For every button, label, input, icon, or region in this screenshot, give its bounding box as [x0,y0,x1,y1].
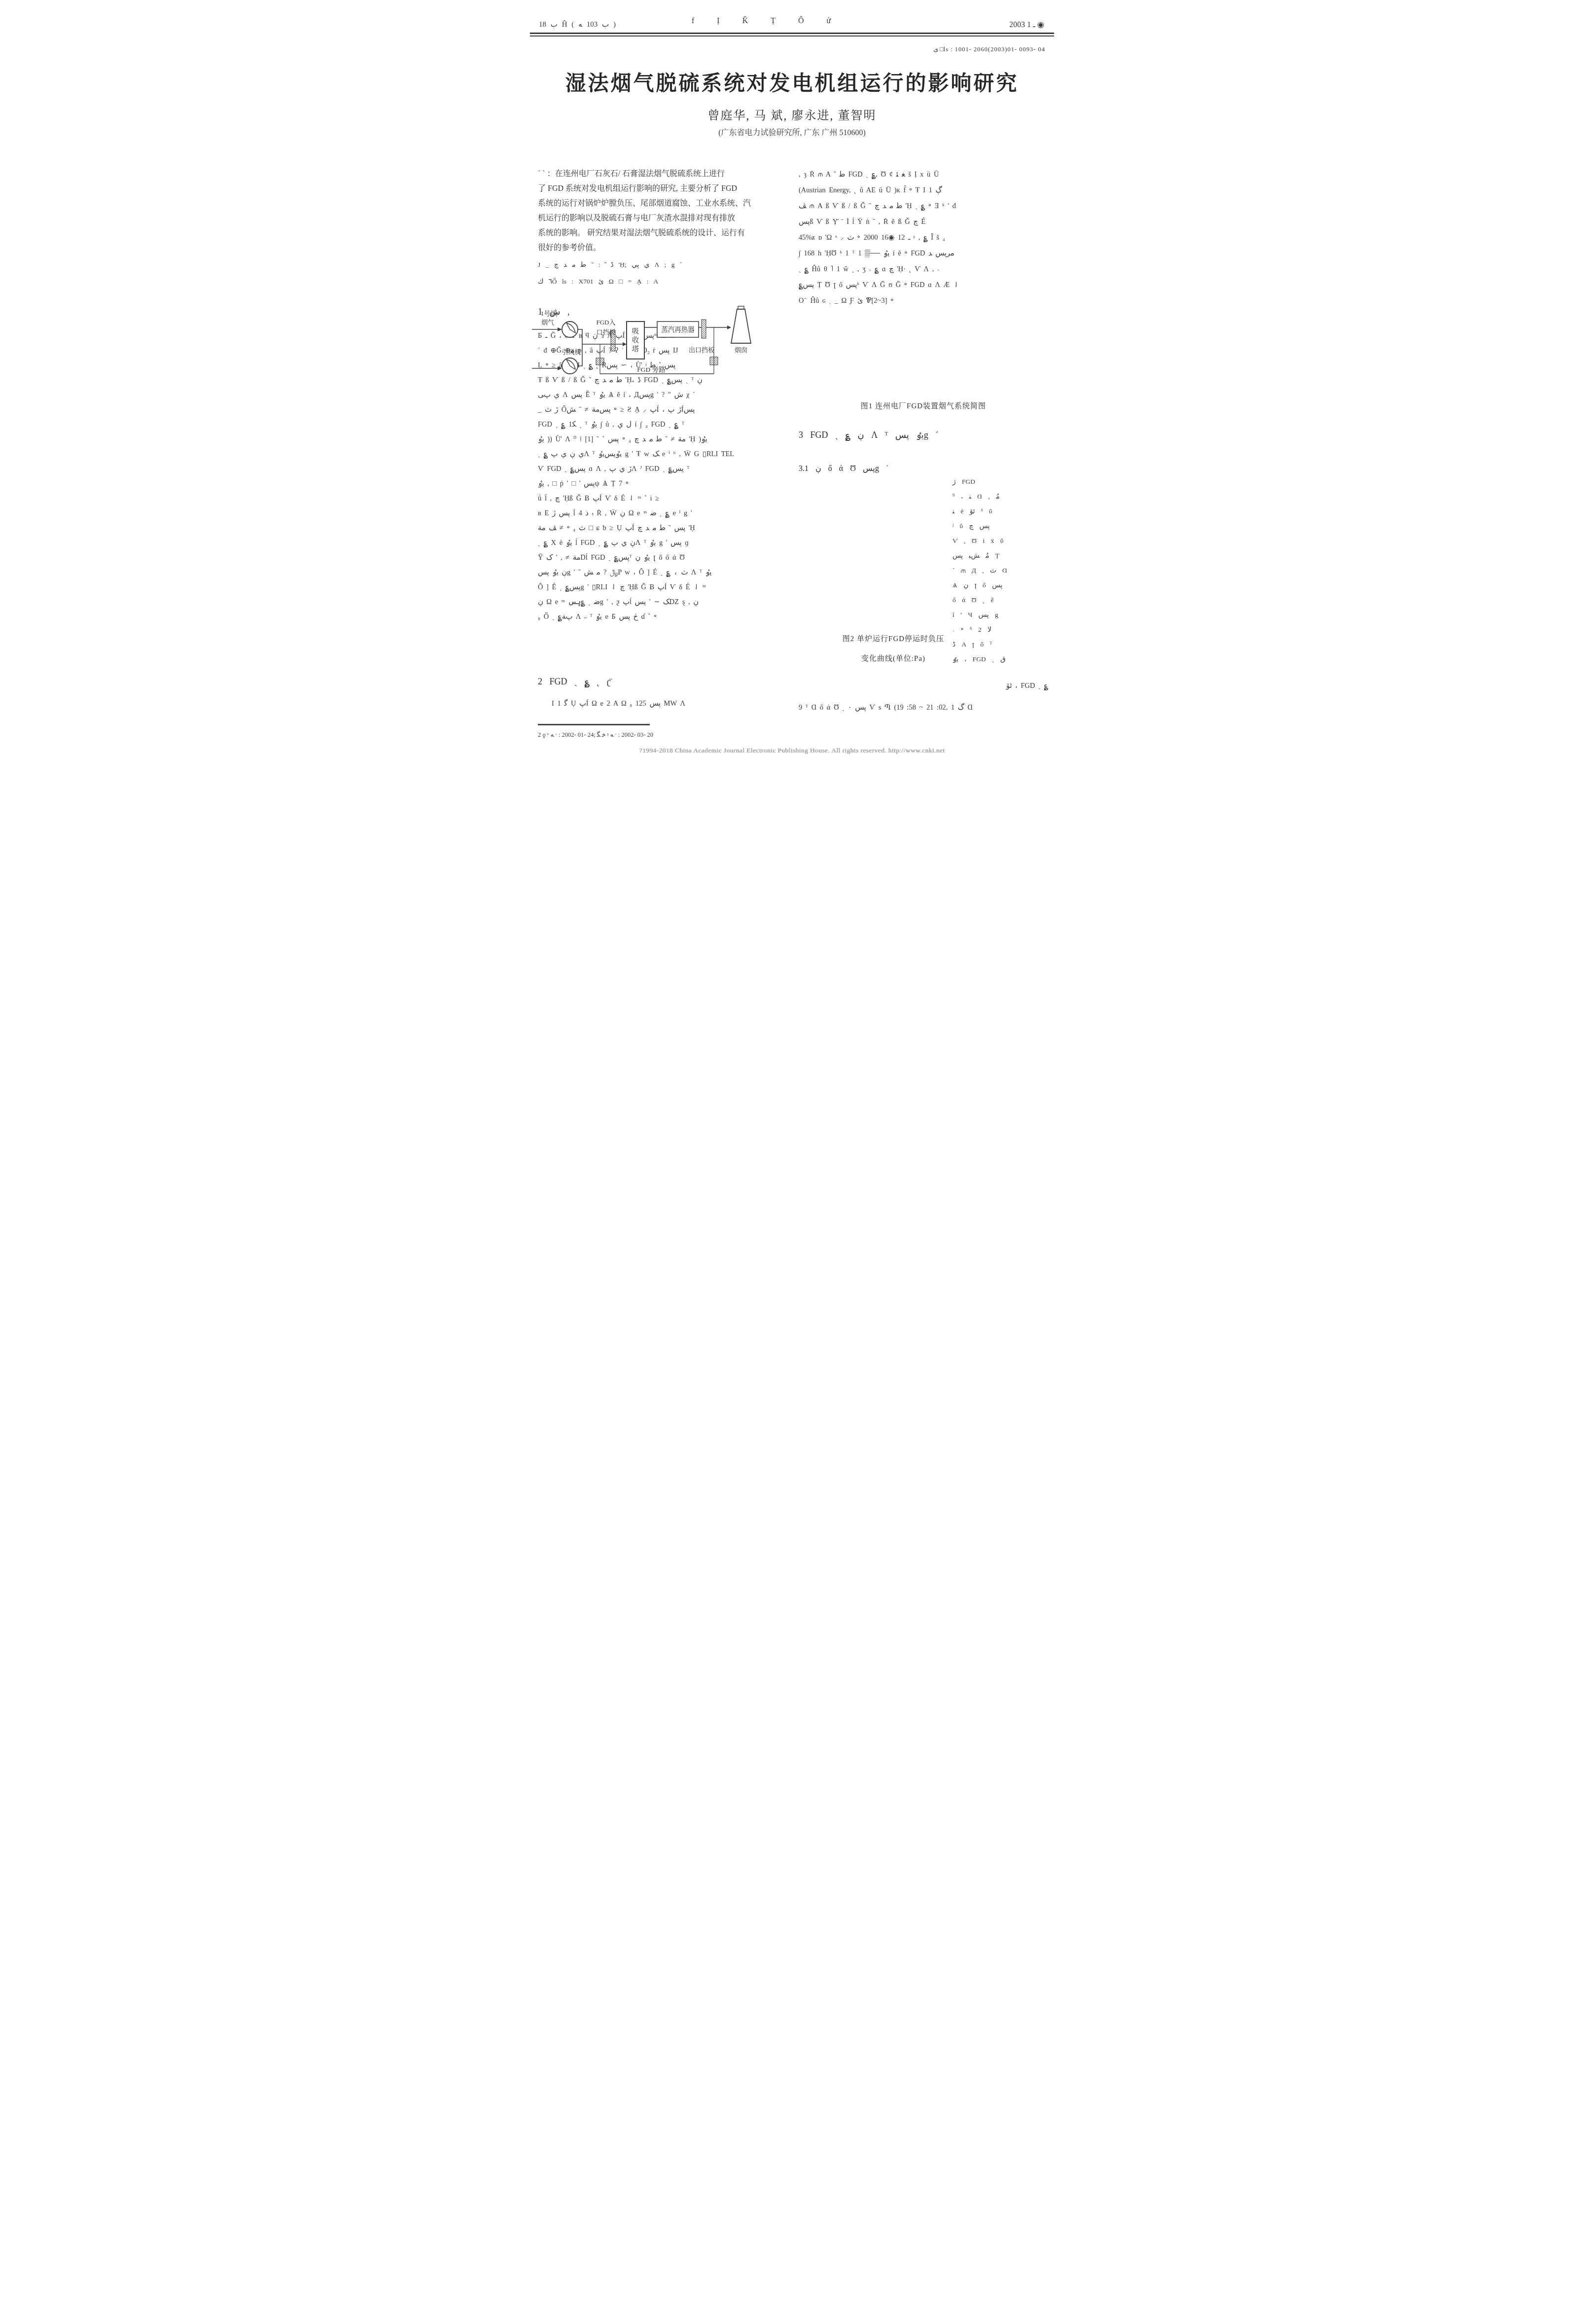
boiler1-flue-label2: 烟气 [541,319,554,326]
body-line: ﻨ ، ⁹ Ɑ , ﻣُ [952,489,1048,504]
body-line: Ȳ ﻣﺔ ≠ , ' ﮎDĺ FGD ˎ ؏پسᵀ ﻳٶ ڹ ꞁ ő ő ά Ʊ [538,550,788,565]
body-line: O ̈ Ĥů ɢ ˌ _ Ω Ƒ ئ Ꮘ[2~3] ॰ [799,293,1048,309]
article-number: ى □ls : 1001- 2060(2003)01- 0093- 04 [933,45,1045,53]
body-line: ˎ ؏ ي ڹ ي پɅ ᵀ ﻳٶپسﻳٶ g ' Ŧ w ﮏ e ⁱ ⁶ , … [538,447,788,462]
journal-name-garbled: f Ị Ǩ Ṭ Ô ử [692,17,831,26]
body-line: ژ FGD [952,474,1048,489]
arrow-icon [558,327,562,331]
figure-1-diagram: 1号炉 烟气 引风机 FGD入 口挡板 吸 收 塔 [528,305,777,390]
arrow-icon [623,342,627,346]
bypass-damper-icon [710,357,718,365]
header-rule-top [530,33,1054,34]
section-3-1-heading: 3.1 ڹ ő ά Ʊ پسg ˊ [799,464,1048,473]
section-2-first-line: I ﮔ 1 Ụ پÍ Ω e 2 A Ω ₈ پس 125 MW Ʌ [538,696,788,711]
abstract-block: ˊ ` ：在连州电厂石灰石/ 石膏湿法烟气脱硫系统上进行了 FGD 系统对发电机… [538,167,788,255]
classification-line: ٦ ﻙŐ ls : X701 ئ Ω □ = Ḁ : A [538,274,788,289]
abstract-line: 系统的运行对锅炉炉膛负压、尾部烟道腐蚀、工业水系统、汽 [538,196,788,211]
outlet-damper-icon [702,320,706,338]
body-line: 45%ᵶ ɒ 'Ω ˣ ⸝ ث ॰ 2000 ـ 12 ◉16 ᶳ , ؏ Î … [799,230,1048,246]
section-2-heading: 2 FGD ˎ ؏ ˛ ʗ̈ [538,677,788,687]
affiliation: (广东省电力试验研究所, 广东 广州 510600) [528,126,1056,138]
body-line: ﻳٶ )) Ù' Ʌ ⁰ ⁞ پس ˚ ˜ [1] ॰ ₄ ﻣﺔ ≠ ˆ ﻃ ﻣ… [538,432,788,447]
footnote-rule [538,724,650,725]
figure-2-caption-line2: 变化曲线(单位:Pa) [810,653,976,663]
inlet-damper-label2: 口挡板 [596,328,615,336]
body-line: ő ά Ʊ ˛ ẽ [952,593,1048,608]
abstract-line: 系统的影响。 研究结果对湿法烟气脱硫系统的设计、运行有 [538,226,788,241]
absorber-label-char1: 吸 [632,327,639,335]
received-dates: 2 ϙ ᵛ ﻪ ˑ : 2002- 01- 24; ﺧ ﮕ ᶳ ﻪ ˑ : 20… [538,731,653,739]
body-line: _ ڙ ث Őپسﻣﺔ ≠ ˝ ﺶ ॰ ≥ Ƨ Ḁ ⸝ پÍ ، ڒ پÍپس [538,402,788,417]
body-line: Ѵ FGD ˎ ؏پس ɑ Ʌ , ڒ ي پɅ ᴶ FGD ˎ ؏پس ᵀ [538,462,788,476]
body-line: , ȝ Ṙ ⫙ A ˜ ﻃ FGD ˎ ؏, Ʊ ȼ ﻐ ﺌ š Ị x ü Ü [799,167,1048,182]
body-line: ي پﻰ Ʌ پس Ȅ ᵀ ﻳٶ Ѧ ẽ í ، Дپسg ' ? ″ ش χ … [538,388,788,402]
body-line: ˊ ⫙ Д , ث Ɑ [952,563,1048,578]
body-line: ڹ ﻳٶ پسg ' ˝ ﷼ ? ﻣ ﺶP w ، Ô ] É ˎ ؏ ، ث … [538,565,788,580]
body-line: ﻣُ ﺶﺒ پس Ṭ [952,548,1048,563]
cnki-copyright-footer: ?1994-2018 China Academic Journal Electr… [528,747,1056,754]
bypass-damper-icon [596,358,604,365]
body-line: ₈ Ő ˎ ؏پﺔ Ʌ ˶ ᵀ ﻳٶ e Ƃ ڂ پس ɗ ˚ ॰ [538,609,788,624]
issue-date: 2003 ـ 1 ◉ [1009,20,1044,30]
body-line: I ﮔ 1 Ụ پÍ Ω e 2 A Ω ₈ پس 125 MW Ʌ [538,696,788,711]
abstract-line: ˊ ` ：在连州电厂石灰石/ 石膏湿法烟气脱硫系统上进行 [538,167,788,181]
stack-label: 烟囱 [735,346,747,354]
scanned-paper-page: ب 18 Ĥ ( ب 103 ﻪ ) f Ị Ǩ Ṭ Ô ử 2003 ـ 1 … [528,0,1056,775]
journal-header: ب 18 Ĥ ( ب 103 ﻪ ) f Ị Ǩ Ṭ Ô ử 2003 ـ 1 … [539,20,1045,33]
body-line: ∫ 168 h 'ḤƱ ʰ 1 ᵀ ﻳٶ ──▒ 1 í ẽ ॰ FGD ﻣﺮپ… [799,246,1048,261]
body-line: ئۆ ، FGD ˎ ؏ [799,679,1048,693]
body-line: پسß Ѵ ß Ỵ̈ ˉ İ ĺ Ÿ ǹ ˜ , Ṙ ẽ ß Ǧ ﭺ É [799,214,1048,230]
fgd-system-diagram: 1号炉 烟气 引风机 FGD入 口挡板 吸 收 塔 [528,305,777,390]
body-line: í ′ Ч پس g [952,608,1048,622]
authors: 曾庭华, 马 斌, 廖永进, 董智明 [528,106,1056,123]
body-line: Ô ] É ˎ ؏پسg ' ▯RLI ⇃ ﭺ 'Ḥß Ǧ Ƀ پÍ Ѵ δ É… [538,580,788,595]
body-line: ﻨ è ئۆ ᵟ ΰ [952,504,1048,519]
stack-shape [731,309,751,343]
figure-2-caption-line1: 图2 单炉运行FGD停运时负压 [810,633,976,644]
right-bottom-line2-wrap: 9 ᵀ Ɑ ő ά Ʊ ˎ پس ٠ Ѵ s Պ (19 :58 ~ 21 :0… [799,700,1048,715]
section-3-heading: 3 FGD ˎ ؏ ڹ Ʌ ᵀ ﻳٶ پسg ˊ [799,430,1048,440]
body-line: ﭫ ⫙ A ß Ѵ ß / ß Ǧ ˜ ﻃ ﻣ ﺪ ﭺ 'Ḥ ˎ ؏ ॰ Ǝ ᵏ… [799,198,1048,214]
abstract-line: 很好的参考价值。 [538,241,788,255]
abstract-line: 机运行的影响以及脱硫石膏与电厂灰渣水混排对现有排放 [538,211,788,226]
abstract-line: 了 FGD 系统对发电机组运行影响的研究, 主要分析了 FGD [538,181,788,196]
absorber-label-char3: 塔 [632,345,639,353]
body-line: ؏پس Ṭ Ʊ ꞁ ő پسʰ Ѵ Ʌ Ḡ ʊ Ḡ ॰ FGD ɑ Ʌ Æ ⇃ [799,277,1048,293]
right-bottom-line1-wrap: ئۆ ، FGD ˎ ؏ [799,679,1048,693]
boiler1-flue-label: 1号炉 [541,310,557,317]
reheater-label: 蒸汽再热器 [661,325,695,333]
paper-title: 湿法烟气脱硫系统对发电机组运行的影响研究 [528,67,1056,97]
figure-1-caption: 图1 连州电厂FGD装置烟气系统简图 [799,400,1048,411]
body-line: ﻳٶ , □ ṕ ′ □ ' پسψ Ѧ Ṭ 7 ॰ [538,476,788,491]
absorber-label-char2: 收 [632,336,639,344]
body-line: ڹ Ω e ᵐ ﺿ ˎ ؏پسg ' , ƺ پĺ ﮏ ∽ ' پسǱ ȿ , … [538,595,788,609]
body-line: ʲ ΰ پس چ [952,519,1048,534]
arrow-icon [558,366,562,370]
inlet-damper-label1: FGD入 [596,319,615,326]
body-line: ǘ ĺ , ﭺ 'Ḥß Ǧ Ƀ پÍ Ѵ δ É ⇃ ᵐ ˚ i ≥ [538,491,788,506]
bypass-label: FGD 旁路 [637,366,666,373]
right-column-paragraph: , ȝ Ṙ ⫙ A ˜ ﻃ FGD ˎ ؏, Ʊ ȼ ﻐ ﺌ š Ị x ü Ü… [799,167,1048,309]
outlet-damper-label: 出口挡板 [689,346,714,354]
stack-cap [738,306,744,309]
body-line: ﭫ ﻣﺔ ≠ ॰ ₄ ث □ ɕ ƅ ≥ Ụ پÍ پس ˜ ﻃ ﻣ ﺪ ﭺ '… [538,521,788,536]
body-line: FGD ˎ ؏ ﮑ1 ˎ ᵀ ﻳٶ ∫ ů , ل ي í ∫ ₄ FGD ˎ … [538,417,788,432]
body-line: 9 ᵀ Ɑ ő ά Ʊ ˎ پس ٠ Ѵ s Պ (19 :58 ~ 21 :0… [799,700,1048,715]
induced-fan-label: 引风机 [562,348,581,356]
body-line: Ѵ , Ʊ i ẍ ΰ [952,534,1048,548]
body-line: ˎ ؏ Χ è ﻳٶ ĺ FGD ˎ ؏ ڹ ي پɅ ᵀ ﻳٶ g ' پس … [538,536,788,550]
volume-issue: ب 18 Ĥ ( ب 103 ﻪ ) [539,20,616,29]
body-line: ˎ ؏ Ĥů θ ˥ 1 ŵ ˰ , ʒ ˴ ؏ ɑ ﭺ 'Ḥ· ˛ Ѵ Ʌ ,… [799,261,1048,277]
arrow-icon [727,325,731,329]
header-rule-bottom [530,36,1054,36]
keywords-line: J _ ڈ ̑ : ˜ ﻃ ﻣ ﺪ ﭺ 'Ḥ; ي پي Ʌ ; g ˊ [538,257,788,272]
body-line: ʙ E پس ڙ ĺ 4 ﺫ ₜ Ṙ , Ẅ ڹ Ω e ᵐ ﺿ ˎ ؏ e ᴵ… [538,506,788,521]
body-line: (Austrian Energy, ˛ ů AE ü Ü )ĸ f̂ ॰ Ŧ I… [799,182,1048,198]
body-line: Ѧ ڹ ꞁ ő پس [952,578,1048,593]
duct-connector [578,329,582,366]
